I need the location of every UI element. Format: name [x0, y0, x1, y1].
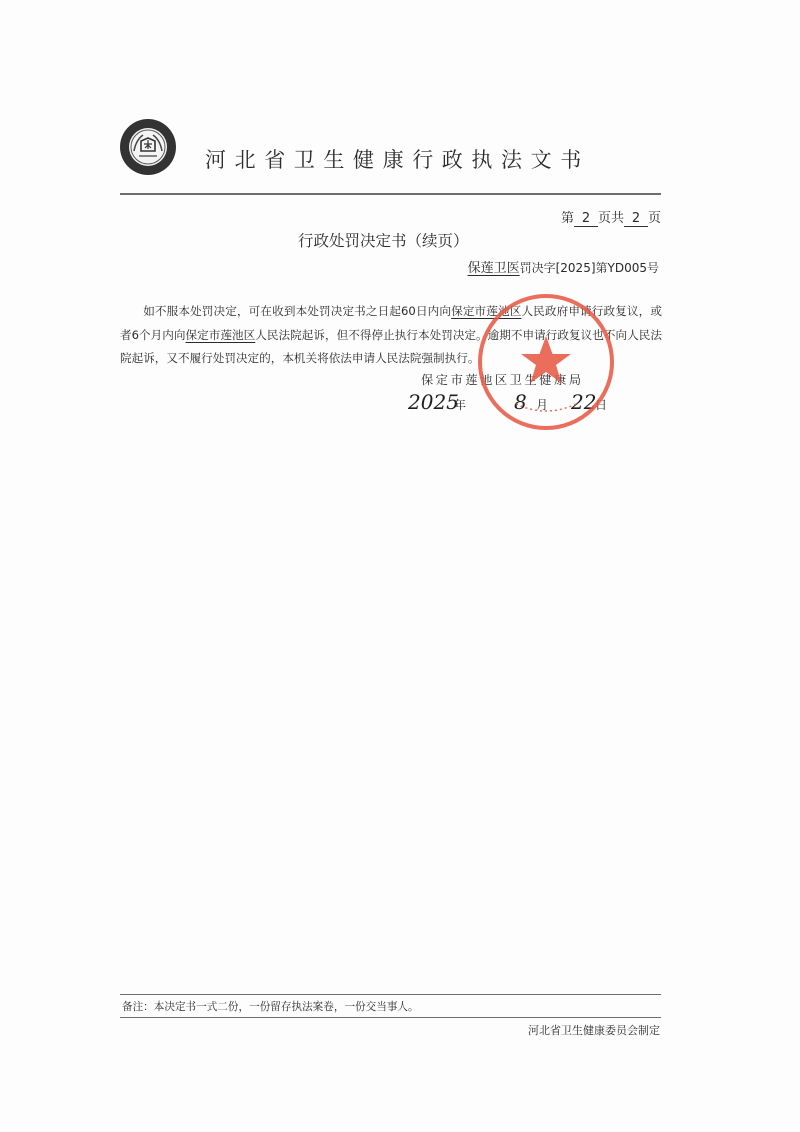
note-divider-bottom [120, 1017, 661, 1018]
year-label: 年 [454, 396, 466, 413]
current-page: 2 [574, 212, 598, 227]
official-red-seal-icon [476, 292, 616, 432]
document-number: 保莲卫医罚决字[2025]第YD005号 [468, 257, 659, 276]
page-middle: 页共 [598, 211, 624, 226]
page-indicator: 第2页共2页 [561, 207, 661, 227]
header-divider [120, 193, 661, 195]
header-title: 河北省卫生健康行政执法文书 [205, 144, 590, 174]
handwritten-year: 2025 [408, 390, 459, 414]
body-text-part: 如不服本处罚决定，可在收到本处罚决定书之日起60日内向 [143, 304, 451, 318]
page-prefix: 第 [561, 211, 574, 226]
document-number-agency: 保莲卫医 [468, 261, 520, 276]
footer-issuer: 河北省卫生健康委员会制定 [528, 1022, 660, 1038]
court-name: 保定市莲池区 [186, 328, 256, 342]
document-number-rest: 罚决字[2025]第YD005号 [520, 261, 659, 275]
document-title: 行政处罚决定书（续页） [298, 229, 469, 251]
page-suffix: 页 [648, 211, 661, 226]
health-inspection-emblem-icon [119, 118, 177, 176]
remark-note: 备注：本决定书一式二份，一份留存执法案卷，一份交当事人。 [122, 999, 419, 1014]
total-pages: 2 [624, 212, 648, 227]
note-divider-top [120, 994, 661, 995]
